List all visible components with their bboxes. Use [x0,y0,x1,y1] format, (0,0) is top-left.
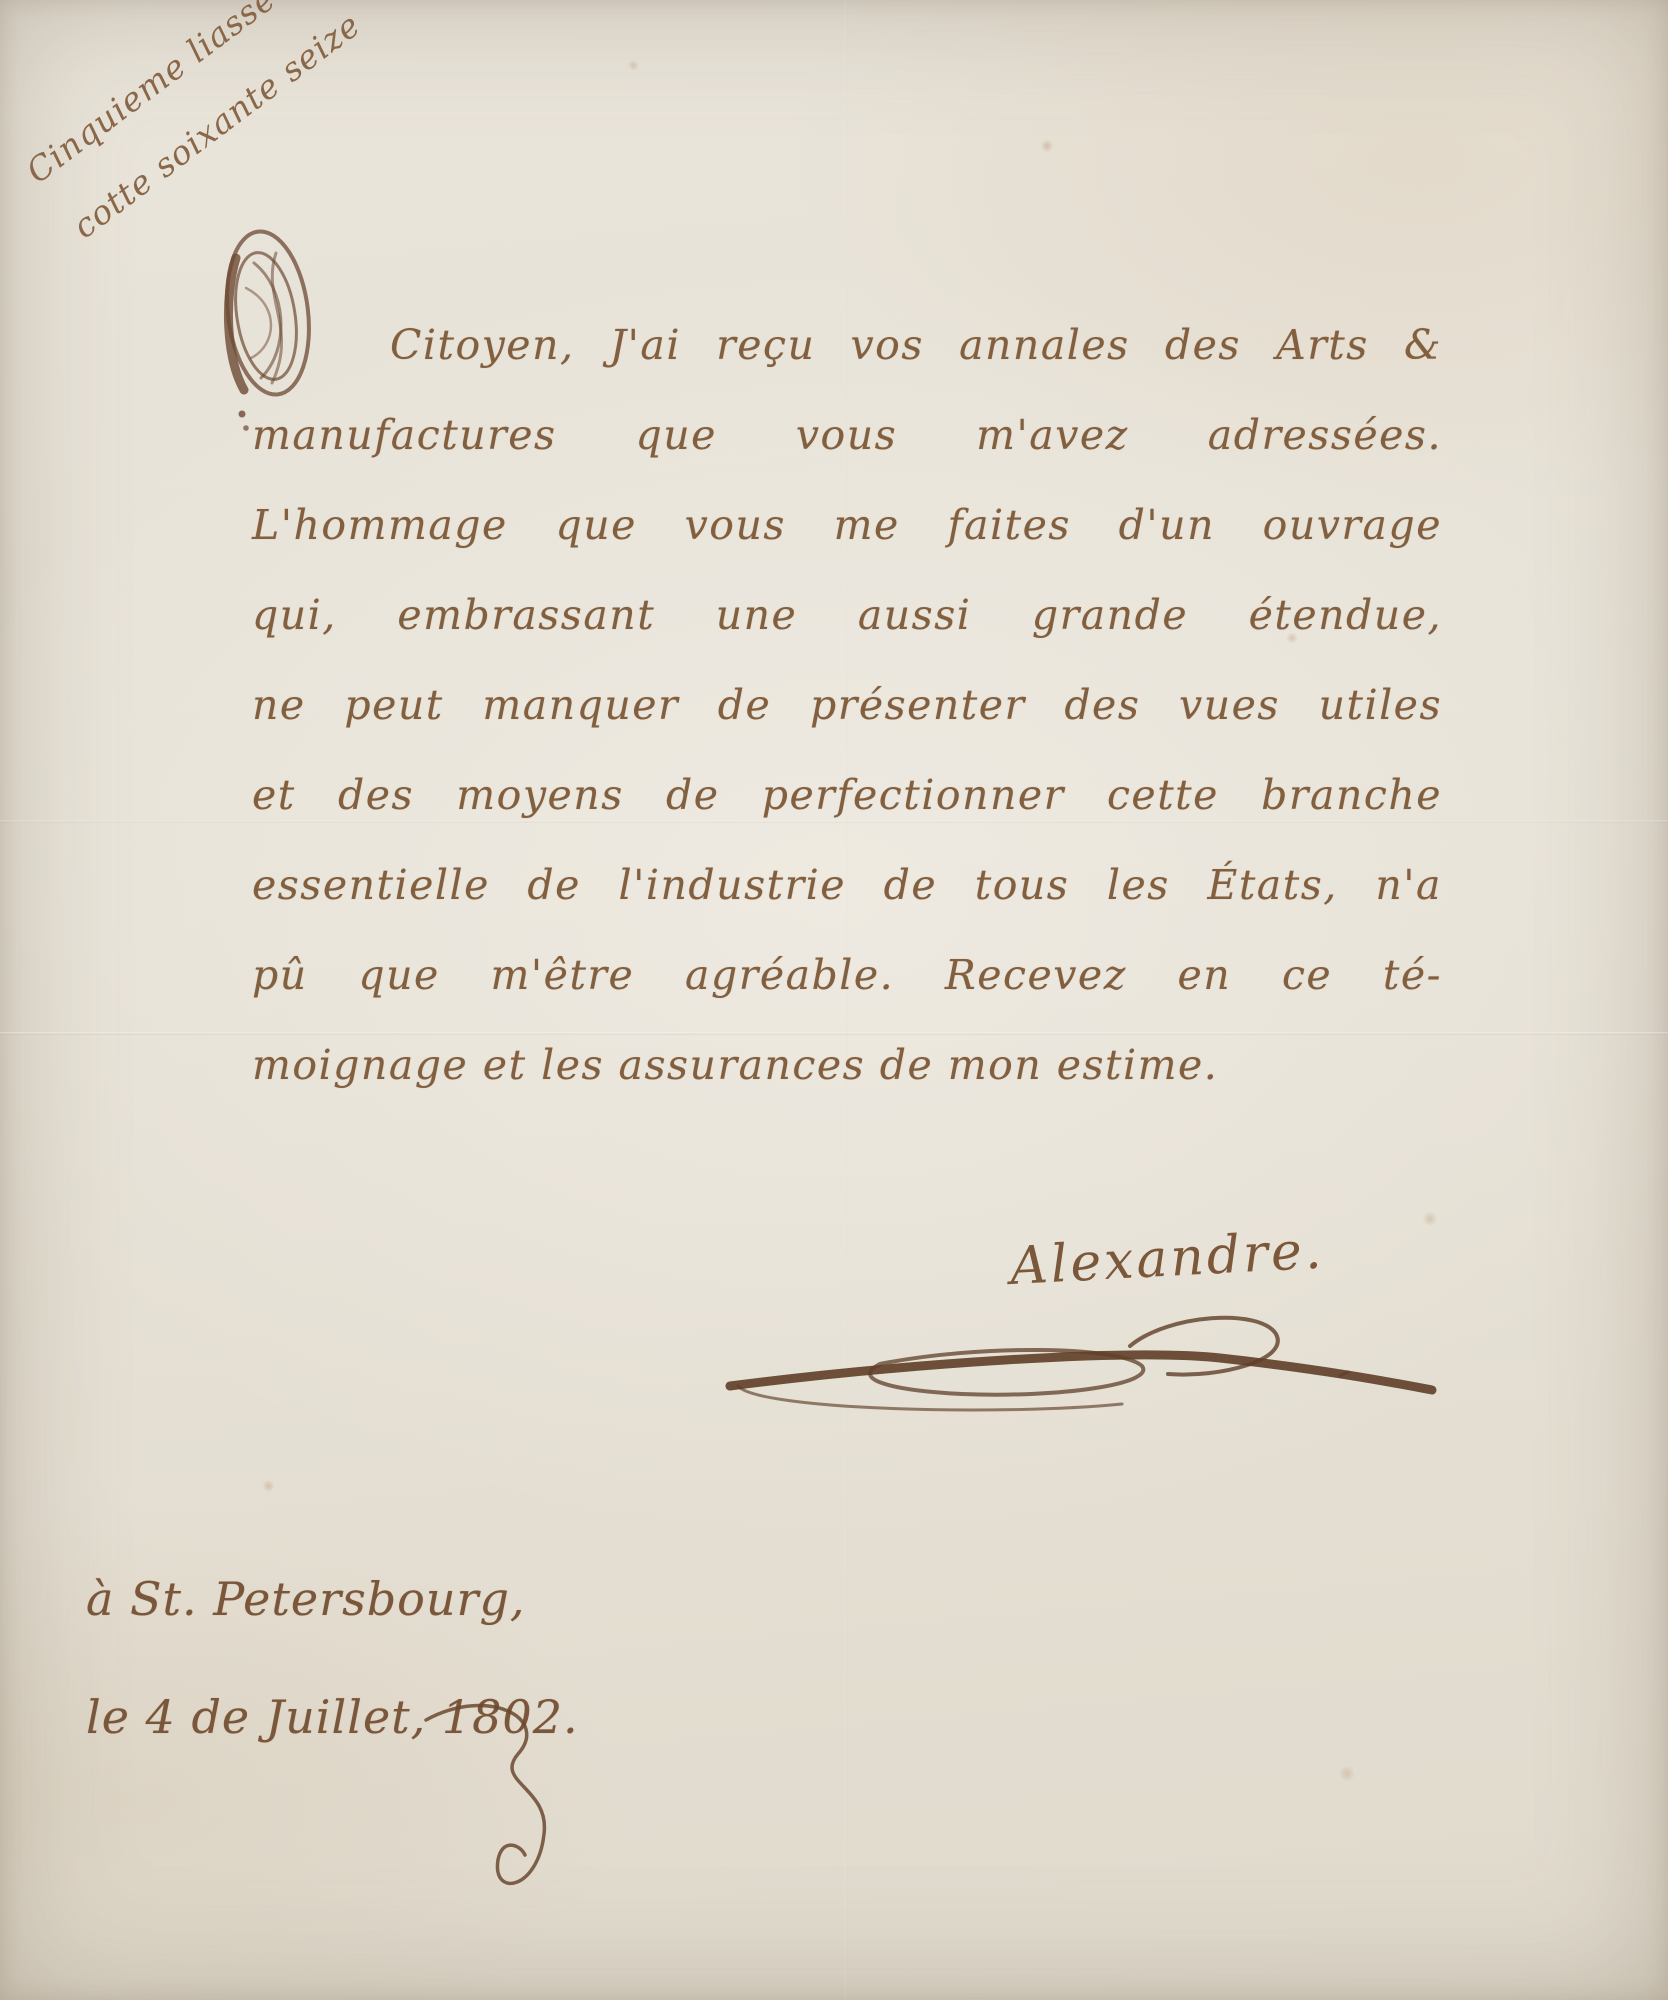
body-line: et des moyens de perfectionner cette bra… [252,750,1442,840]
foxing-spot [628,60,639,71]
body-line: ne peut manquer de présenter des vues ut… [252,660,1442,750]
letter-paper: Cinquieme liasse derniere cotte soixante… [0,0,1668,2000]
body-line: L'hommage que vous me faites d'un ouvrag… [252,480,1442,570]
body-line: moignage et les assurances de mon estime… [252,1020,1442,1110]
body-line: qui, embrassant une aussi grande étendue… [252,570,1442,660]
body-line: essentielle de l'industrie de tous les É… [252,840,1442,930]
foxing-spot [1338,1766,1356,1781]
body-line: pû que m'être agréable. Recevez en ce té… [252,930,1442,1020]
signature: Alexandre. [1009,1215,1432,1297]
body-line: Citoyen, J'ai reçu vos annales des Arts … [252,300,1442,390]
signature-flourish [700,1288,1440,1432]
foxing-spot [1040,140,1054,152]
foxing-spot [262,1480,275,1492]
place-line: à St. Petersbourg, [86,1540,579,1658]
letter-body: Citoyen, J'ai reçu vos annales des Arts … [252,300,1442,1110]
date-flourish [398,1692,608,1956]
body-line: manufactures que vous m'avez adressées. [252,390,1442,480]
